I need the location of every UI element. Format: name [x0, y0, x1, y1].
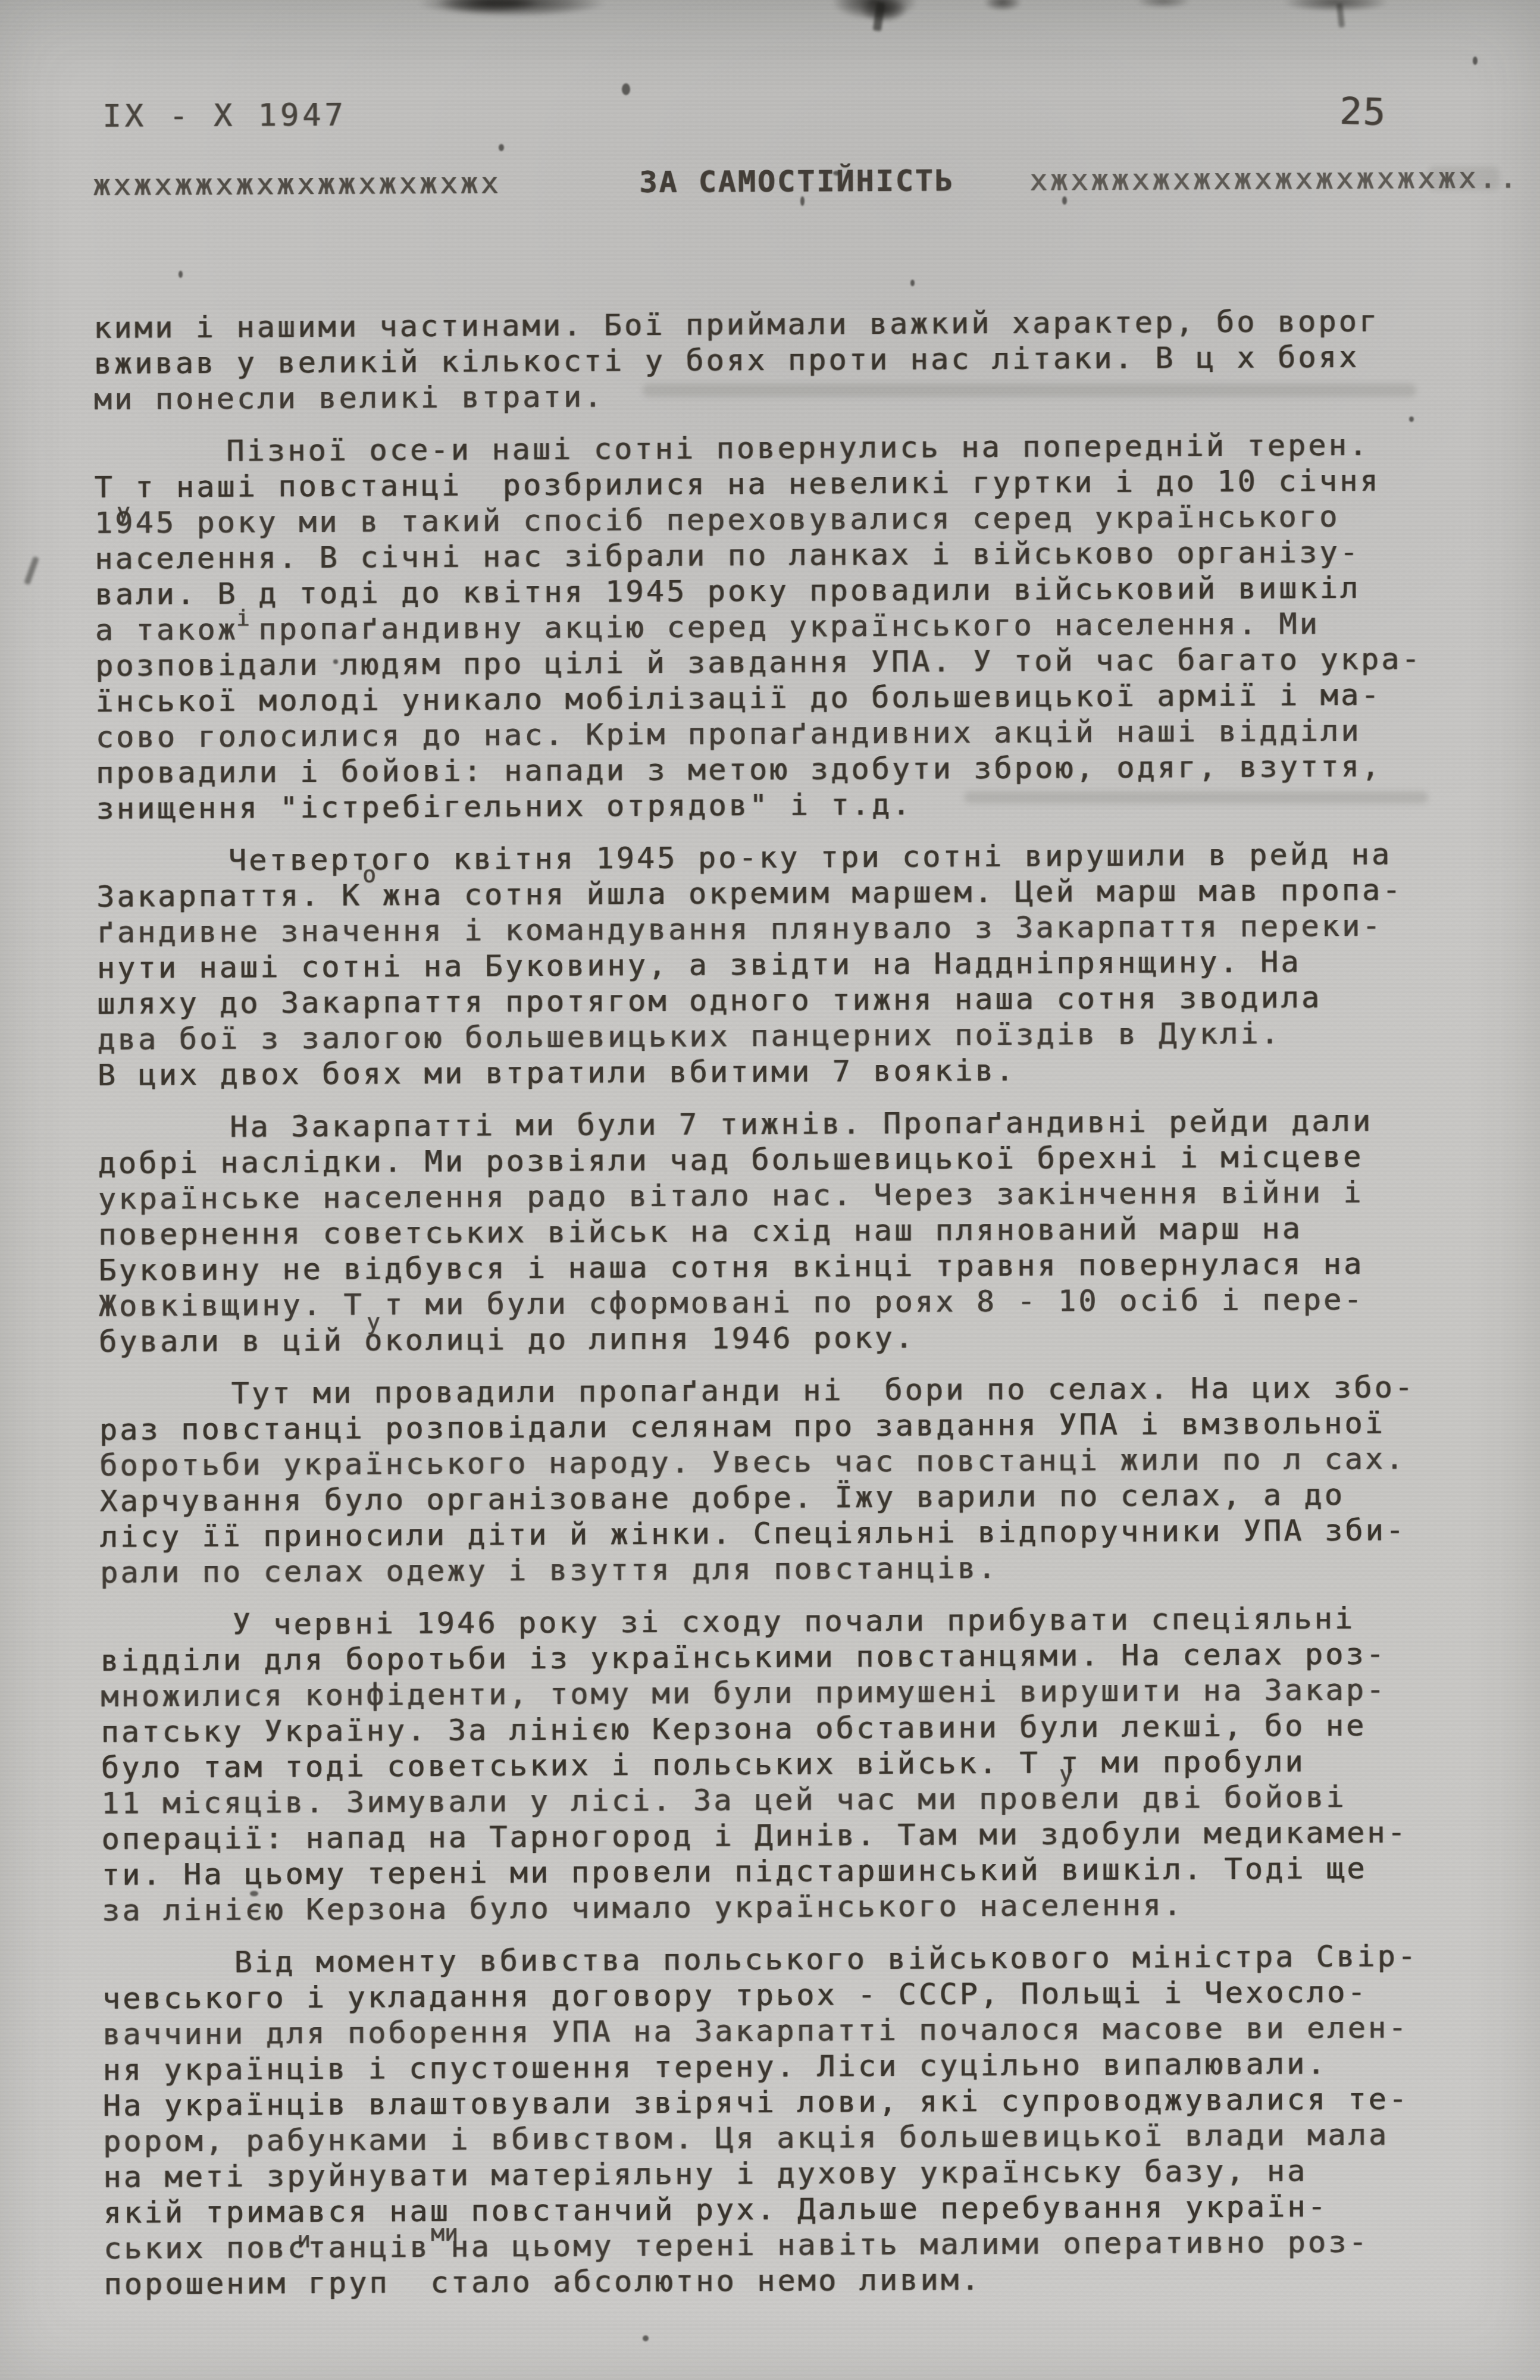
typed-insert-above: ми [431, 2220, 458, 2246]
text-line: населення. В січні нас зібрали по ланках… [95, 534, 1469, 577]
text-line: ня українців і спустошення терену. Ліси … [103, 2045, 1478, 2088]
text-line: повернення советських військ на схід наш… [98, 1210, 1473, 1252]
typed-insert-above: о [362, 861, 376, 887]
text-line: розповідали людям про цілі й завдання УП… [95, 641, 1470, 684]
text-line: ми понесли великі втрати. [94, 374, 1469, 417]
issue-date: IX - X 1947 [102, 98, 347, 134]
text-line: рали по селах одежу і взуття для повстан… [100, 1548, 1475, 1590]
text-line: за лінією Керзона було чимало українсько… [102, 1886, 1476, 1928]
text-line: знищення "істребігельних отрядов" і т.д. [96, 784, 1470, 826]
typed-insert-below: у [367, 1308, 380, 1335]
paragraph: Четвертого квітня 1945 ро-ку три сотні в… [96, 836, 1472, 1093]
typed-insert-above: и [297, 2226, 311, 2253]
strikeout-left: жхжхжжхжхжхжжхжхжхжх [93, 165, 501, 202]
page-header: IX - X 1947 25 [102, 92, 1386, 140]
text-line: У червні 1946 року зі сходу почали прибу… [101, 1600, 1475, 1643]
text-line: Четвертого квітня 1945 ро-ку три сотні в… [96, 836, 1471, 879]
document-content: IX - X 1947 25 жхжхжжхжхжхжжхжхжхжх ЗА С… [0, 0, 1540, 2380]
text-line: операції: напад на Тарногород і Динів. Т… [102, 1814, 1476, 1857]
strikeout-right: хжхжжхжхжхжхжхжхжхжхжх.. [1029, 160, 1520, 197]
typed-insert-below: у [1059, 1761, 1073, 1787]
text-line: Від моменту вбивства польського військов… [102, 1938, 1477, 1981]
text-line: патську Україну. За лінією Керзона обста… [101, 1707, 1476, 1750]
text-line: провадили і бойові: напади з метою здобу… [96, 748, 1470, 791]
masthead: жхжхжжхжхжхжжхжхжхжх ЗА САМОСТІЙНІСТЬ хж… [93, 160, 1520, 202]
paragraph: На Закарпатті ми були 7 тижнів. Пропаґан… [98, 1103, 1473, 1360]
text-line: кими і нашими частинами. Бої приймали ва… [93, 303, 1468, 346]
typed-insert-below: у [117, 499, 130, 525]
text-line: нути наші сотні на Буковину, а звідти на… [97, 943, 1472, 986]
page-number: 25 [1339, 89, 1388, 134]
text-line: порошеним груп стало абсолютно немо ливи… [104, 2259, 1478, 2302]
text-line: бували в цій околиці до липня 1946 року. [99, 1317, 1473, 1360]
text-line: на меті зруйнувати матеріяльну і духову … [104, 2152, 1478, 2195]
text-line: На Закарпатті ми були 7 тижнів. Пропаґан… [98, 1103, 1472, 1145]
document-title: ЗА САМОСТІЙНІСТЬ [639, 163, 954, 199]
text-line: Пізної осе-и наші сотні повернулись на п… [94, 427, 1469, 469]
paragraph: Тут ми провадили пропаґанди ні бори по с… [99, 1369, 1475, 1590]
scanned-document-page: IX - X 1947 25 жхжхжжхжхжхжжхжхжхжх ЗА С… [0, 0, 1540, 2380]
paragraph: кими і нашими частинами. Бої приймали ва… [93, 303, 1469, 417]
text-line: Харчування було організоване добре. Їжу … [100, 1476, 1475, 1519]
text-line: В цих двох боях ми втратили вбитими 7 во… [98, 1050, 1472, 1093]
text-line: Тут ми провадили пропаґанди ні бори по с… [99, 1369, 1474, 1412]
typed-insert-below: і [236, 605, 250, 631]
paragraph: У червні 1946 року зі сходу почали прибу… [101, 1600, 1477, 1928]
paragraph: Пізної осе-и наші сотні повернулись на п… [94, 427, 1470, 826]
document-body: кими і нашими частинами. Бої приймали ва… [93, 303, 1478, 2302]
